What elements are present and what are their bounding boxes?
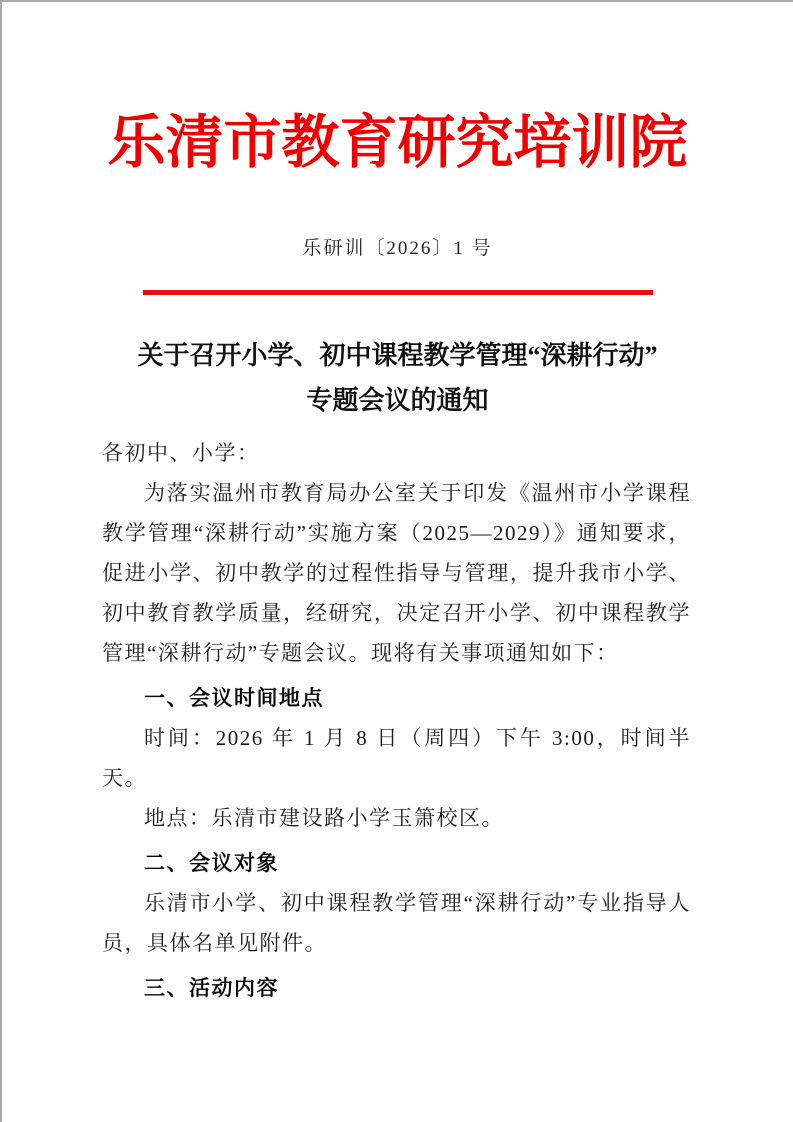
intro-paragraph: 为落实温州市教育局办公室关于印发《温州市小学课程教学管理“深耕行动”实施方案（2…: [102, 473, 691, 673]
section-2-heading: 二、会议对象: [102, 843, 691, 883]
red-divider-line: [143, 290, 653, 295]
doc-title: 关于召开小学、初中课程教学管理“深耕行动” 专题会议的通知: [2, 333, 793, 423]
section-3-heading: 三、活动内容: [102, 968, 691, 1008]
document-body: 各初中、小学： 为落实温州市教育局办公室关于印发《温州市小学课程教学管理“深耕行…: [102, 433, 691, 1008]
attendees-paragraph: 乐清市小学、初中课程教学管理“深耕行动”专业指导人员，具体名单见附件。: [102, 883, 691, 963]
doc-title-line1: 关于召开小学、初中课程教学管理“深耕行动”: [2, 333, 793, 378]
meeting-location-line: 地点：乐清市建设路小学玉箫校区。: [102, 798, 691, 838]
meeting-time-line: 时间：2026 年 1 月 8 日（周四）下午 3:00，时间半天。: [102, 718, 691, 798]
section-1-heading: 一、会议时间地点: [102, 678, 691, 718]
institution-title: 乐清市教育研究培训院: [2, 104, 793, 182]
document-page: 乐清市教育研究培训院 乐研训〔2026〕1 号 关于召开小学、初中课程教学管理“…: [0, 0, 793, 1122]
salutation: 各初中、小学：: [102, 433, 691, 473]
doc-number: 乐研训〔2026〕1 号: [2, 236, 793, 262]
doc-title-line2: 专题会议的通知: [2, 378, 793, 423]
